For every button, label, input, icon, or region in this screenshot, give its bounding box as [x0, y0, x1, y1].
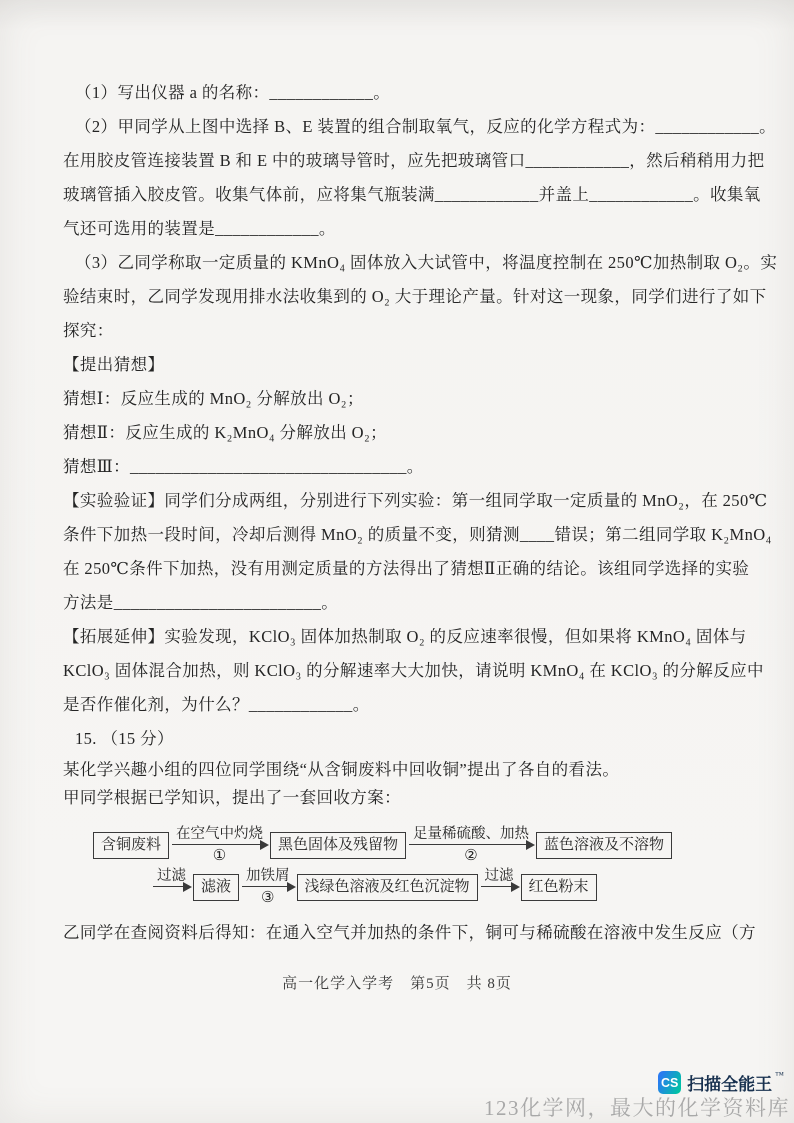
arrow-label-bottom: ①	[213, 847, 226, 865]
text-line: （3）乙同学称取一定质量的 KMnO₄ 固体放入大试管中，将温度控制在 250℃…	[63, 246, 723, 280]
flowchart-arrow-icon: 足量稀硫酸、加热②	[406, 825, 536, 865]
arrow-label-top: 足量稀硫酸、加热	[409, 825, 533, 843]
text-line: 【实验验证】同学们分成两组，分别进行下列实验：第一组同学取一定质量的 MnO₂，…	[63, 484, 723, 518]
flowchart-box: 浅绿色溶液及红色沉淀物	[297, 874, 478, 901]
text-line: 气还可选用的装置是____________。	[63, 212, 723, 246]
text-line: 15. （15 分）	[63, 722, 723, 756]
text-line: 某化学兴趣小组的四位同学围绕“从含铜废料中回收铜”提出了各自的看法。	[63, 756, 723, 784]
flowchart-box: 红色粉末	[521, 874, 597, 901]
text-line: 验结束时，乙同学发现用排水法收集到的 O₂ 大于理论产量。针对这一现象，同学们进…	[63, 280, 723, 314]
arrow-shaft	[242, 886, 294, 887]
flowchart-box: 黑色固体及残留物	[270, 832, 406, 859]
text-line: （1）写出仪器 a 的名称：____________。	[63, 76, 723, 110]
text-line: 猜想Ⅱ：反应生成的 K₂MnO₄ 分解放出 O₂；	[63, 416, 723, 450]
arrow-shaft	[409, 844, 533, 845]
text-line: 在 250℃条件下加热，没有用测定质量的方法得出了猜想Ⅱ正确的结论。该组同学选择…	[63, 552, 723, 586]
text-line: 方法是________________________。	[63, 586, 723, 620]
document-lines: （1）写出仪器 a 的名称：____________。（2）甲同学从上图中选择 …	[63, 76, 723, 913]
text-line: 【拓展延伸】实验发现，KClO₃ 固体加热制取 O₂ 的反应速率很慢，但如果将 …	[63, 620, 723, 654]
flowchart-box: 含铜废料	[93, 832, 169, 859]
flowchart-box: 蓝色溶液及不溶物	[536, 832, 672, 859]
arrow-label-bottom: ②	[464, 847, 477, 865]
arrow-label-top: 在空气中灼烧	[172, 825, 267, 843]
flowchart-arrow-icon: 过滤	[150, 867, 193, 907]
scanned-exam-page: （1）写出仪器 a 的名称：____________。（2）甲同学从上图中选择 …	[0, 0, 794, 1123]
arrow-shaft	[172, 844, 267, 845]
arrow-shaft	[481, 886, 518, 887]
arrow-label-bottom: ③	[261, 889, 274, 907]
camscanner-icon: CS	[658, 1071, 681, 1094]
text-line: 甲同学根据已学知识，提出了一套回收方案：	[63, 784, 723, 812]
text-line: 条件下加热一段时间，冷却后测得 MnO₂ 的质量不变，则猜测____错误；第二组…	[63, 518, 723, 552]
trademark-symbol: ™	[775, 1070, 784, 1080]
text-line: 在用胶皮管连接装置 B 和 E 中的玻璃导管时，应先把玻璃管口_________…	[63, 144, 723, 178]
flowchart-arrow-icon: 加铁屑③	[239, 867, 297, 907]
text-line: 是否作催化剂，为什么？____________。	[63, 688, 723, 722]
text-line: 探究：	[63, 314, 723, 348]
text-line: 乙同学在查阅资料后得知：在通入空气并加热的条件下，铜可与稀硫酸在溶液中发生反应（…	[63, 916, 743, 950]
copper-recovery-flowchart: 含铜废料在空气中灼烧①黑色固体及残留物足量稀硫酸、加热②蓝色溶液及不溶物 过滤滤…	[93, 825, 693, 907]
text-line: （2）甲同学从上图中选择 B、E 装置的组合制取氧气，反应的化学方程式为：___…	[63, 110, 723, 144]
flowchart-arrow-icon: 在空气中灼烧①	[169, 825, 270, 865]
flowchart-row-1: 含铜废料在空气中灼烧①黑色固体及残留物足量稀硫酸、加热②蓝色溶液及不溶物	[93, 825, 693, 865]
text-line: 猜想Ⅲ：________________________________。	[63, 450, 723, 484]
arrow-shaft	[153, 886, 190, 887]
text-line: 玻璃管插入胶皮管。收集气体前，应将集气瓶装满____________并盖上___…	[63, 178, 723, 212]
text-line: 【提出猜想】	[63, 348, 723, 382]
site-watermark: 123化学网，最大的化学资料库	[484, 1092, 790, 1122]
flowchart-row-2: 过滤滤液加铁屑③浅绿色溶液及红色沉淀物过滤红色粉末	[150, 867, 693, 907]
flowchart-box: 滤液	[193, 874, 239, 901]
page-footer: 高一化学入学考 第5页 共 8页	[0, 972, 794, 993]
text-line: 猜想Ⅰ：反应生成的 MnO₂ 分解放出 O₂；	[63, 382, 723, 416]
text-line: KClO₃ 固体混合加热，则 KClO₃ 的分解速率大大加快，请说明 KMnO₄…	[63, 654, 723, 688]
flowchart-arrow-icon: 过滤	[478, 867, 521, 907]
